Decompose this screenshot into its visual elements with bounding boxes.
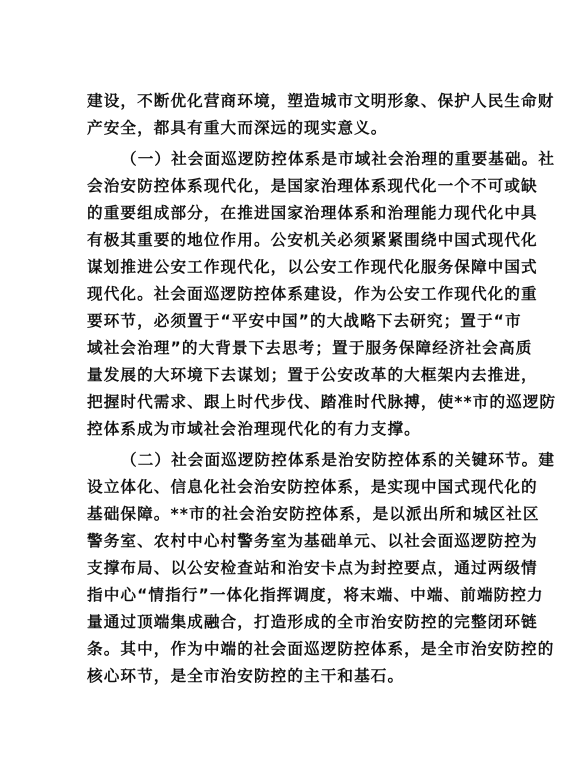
text-line: 条。其中，作为中端的社会面巡逻防控体系，是全市治安防控的 xyxy=(87,636,503,663)
text-line: 设立体化、信息化社会治安防控体系，是实现中国式现代化的 xyxy=(87,474,503,501)
text-line: 会治安防控体系现代化，是国家治理体系现代化一个不可或缺 xyxy=(87,173,503,200)
document-page: 建设，不断优化营商环境，塑造城市文明形象、保护人民生命财 产安全，都具有重大而深… xyxy=(87,88,503,694)
text-line: 产安全，都具有重大而深远的现实意义。 xyxy=(87,115,503,142)
text-line: 有极其重要的地位作用。公安机关必须紧紧围绕中国式现代化 xyxy=(87,227,503,254)
text-line: 量通过顶端集成融合，打造形成的全市治安防控的完整闭环链 xyxy=(87,609,503,636)
text-line: 基础保障。**市的社会治安防控体系，是以派出所和城区社区 xyxy=(87,501,503,528)
text-line: 核心环节，是全市治安防控的主干和基石。 xyxy=(87,663,503,690)
paragraph-intro-continuation: 建设，不断优化营商环境，塑造城市文明形象、保护人民生命财 产安全，都具有重大而深… xyxy=(87,88,503,142)
text-line: 指中心“情指行”一体化指挥调度，将末端、中端、前端防控力 xyxy=(87,582,503,609)
text-line: 量发展的大环境下去谋划；置于公安改革的大框架内去推进， xyxy=(87,362,503,389)
text-line: 控体系成为市域社会治理现代化的有力支撑。 xyxy=(87,416,503,443)
text-line: 支撑布局、以公安检查站和治安卡点为封控要点，通过两级情 xyxy=(87,555,503,582)
text-line: 建设，不断优化营商环境，塑造城市文明形象、保护人民生命财 xyxy=(87,88,503,115)
paragraph-section-two: （二）社会面巡逻防控体系是治安防控体系的关键环节。建 设立体化、信息化社会治安防… xyxy=(87,447,503,690)
paragraph-section-one: （一）社会面巡逻防控体系是市域社会治理的重要基础。社 会治安防控体系现代化，是国… xyxy=(87,146,503,443)
text-line: 谋划推进公安工作现代化，以公安工作现代化服务保障中国式 xyxy=(87,254,503,281)
text-line: 要环节，必须置于“平安中国”的大战略下去研究；置于“市 xyxy=(87,308,503,335)
text-line: 域社会治理”的大背景下去思考；置于服务保障经济社会高质 xyxy=(87,335,503,362)
section-heading-line: （一）社会面巡逻防控体系是市域社会治理的重要基础。社 xyxy=(87,146,503,173)
section-heading-line: （二）社会面巡逻防控体系是治安防控体系的关键环节。建 xyxy=(87,447,503,474)
text-line: 现代化。社会面巡逻防控体系建设，作为公安工作现代化的重 xyxy=(87,281,503,308)
text-line: 警务室、农村中心村警务室为基础单元、以社会面巡逻防控为 xyxy=(87,528,503,555)
text-line: 把握时代需求、跟上时代步伐、踏准时代脉搏，使**市的巡逻防 xyxy=(87,389,503,416)
text-line: 的重要组成部分，在推进国家治理体系和治理能力现代化中具 xyxy=(87,200,503,227)
